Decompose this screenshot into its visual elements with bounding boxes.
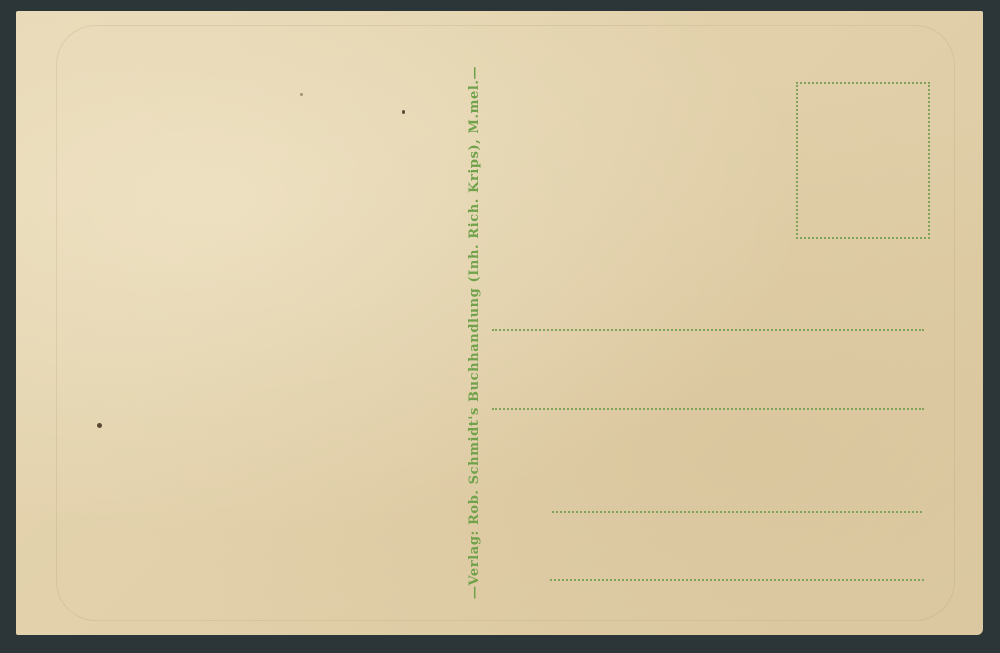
- address-line-2: [492, 408, 924, 410]
- stamp-box: [796, 82, 930, 239]
- address-line-1: [492, 329, 924, 331]
- stain-spot: [402, 110, 405, 114]
- publisher-text: —Verlag: Rob. Schmidt's Buchhandlung (In…: [468, 65, 483, 598]
- address-line-4: [550, 579, 924, 581]
- stain-spot: [97, 423, 102, 428]
- publisher-imprint: —Verlag: Rob. Schmidt's Buchhandlung (In…: [462, 82, 488, 582]
- address-line-3: [552, 511, 922, 513]
- stain-spot: [300, 93, 303, 96]
